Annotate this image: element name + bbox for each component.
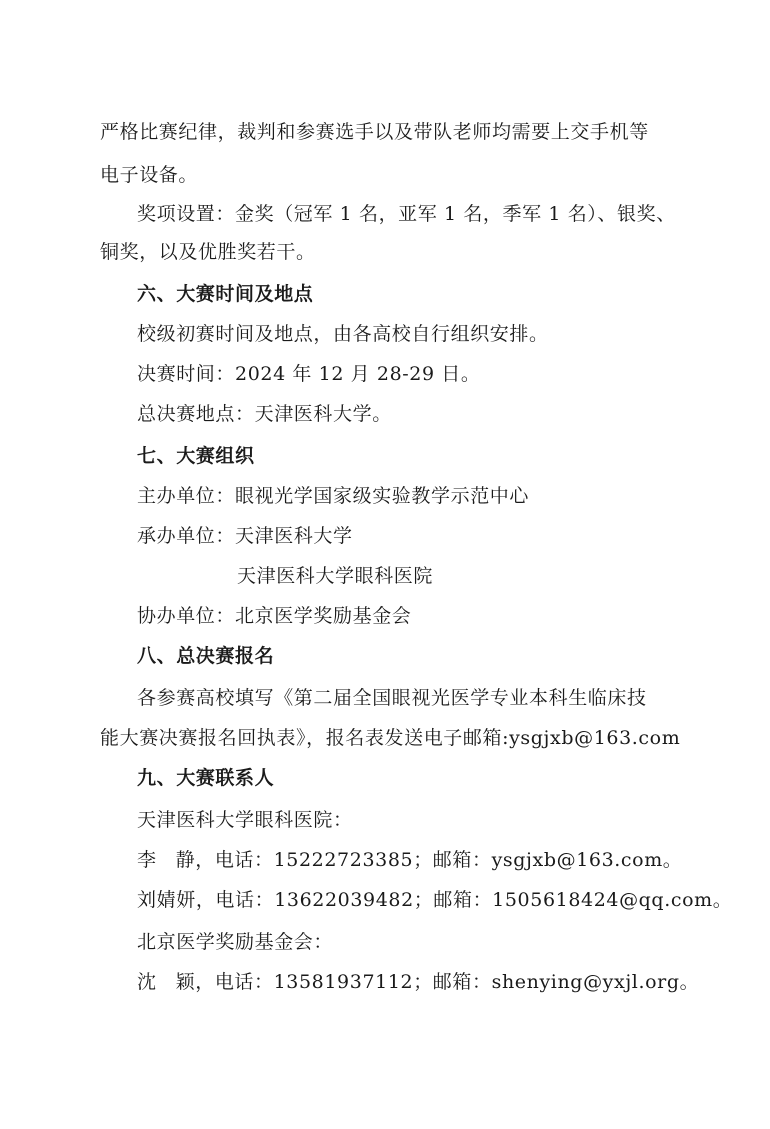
contact-details: ，电话：13581937112；邮箱：shenying@yxjl.org。 xyxy=(195,971,699,993)
organizer-label: 承办单位： xyxy=(137,525,235,547)
contact-name-a: 李 xyxy=(137,849,157,871)
rules-line-2: 电子设备。 xyxy=(100,163,198,187)
contact-details: ，电话：13622039482；邮箱：1505618424@qq.com。 xyxy=(196,889,733,911)
section-8-heading: 八、总决赛报名 xyxy=(137,644,274,668)
contact-name-b: 颖 xyxy=(176,971,196,993)
organizer-1: 天津医科大学 xyxy=(235,525,353,547)
contact-liu-jingyan: 刘婧妍，电话：13622039482；邮箱：1505618424@qq.com。 xyxy=(137,888,732,912)
document-page: 严格比赛纪律，裁判和参赛选手以及带队老师均需要上交手机等 电子设备。 奖项设置：… xyxy=(0,0,770,1129)
final-venue: 总决赛地点：天津医科大学。 xyxy=(137,402,392,426)
contact-li-jing: 李静，电话：15222723385；邮箱：ysgjxb@163.com。 xyxy=(137,848,682,872)
organizer-unit: 承办单位：天津医科大学 xyxy=(137,524,353,548)
host-unit: 主办单位：眼视光学国家级实验教学示范中心 xyxy=(137,484,529,508)
contact-name: 刘婧妍 xyxy=(137,889,196,911)
co-organizer-unit: 协办单位：北京医学奖励基金会 xyxy=(137,604,411,628)
registration-line-1: 各参赛高校填写《第二届全国眼视光医学专业本科生临床技 xyxy=(137,686,647,710)
awards-line-2: 铜奖，以及优胜奖若干。 xyxy=(100,240,316,264)
awards-line-1: 奖项设置：金奖（冠军 1 名，亚军 1 名，季军 1 名）、银奖、 xyxy=(137,202,676,226)
final-date: 决赛时间：2024 年 12 月 28-29 日。 xyxy=(137,362,481,386)
prelim-info: 校级初赛时间及地点，由各高校自行组织安排。 xyxy=(137,322,549,346)
rules-line-1: 严格比赛纪律，裁判和参赛选手以及带队老师均需要上交手机等 xyxy=(100,120,649,144)
contact-org-1: 天津医科大学眼科医院： xyxy=(137,808,353,832)
contact-name-a: 沈 xyxy=(137,971,157,993)
contact-name-b: 静 xyxy=(176,849,196,871)
contact-shen-ying: 沈颖，电话：13581937112；邮箱：shenying@yxjl.org。 xyxy=(137,970,699,994)
registration-line-2: 能大赛决赛报名回执表》，报名表发送电子邮箱:ysgjxb@163.com xyxy=(100,726,680,750)
section-7-heading: 七、大赛组织 xyxy=(137,444,255,468)
section-9-heading: 九、大赛联系人 xyxy=(137,766,274,790)
organizer-2: 天津医科大学眼科医院 xyxy=(237,564,433,588)
section-6-heading: 六、大赛时间及地点 xyxy=(137,282,313,306)
contact-org-2: 北京医学奖励基金会： xyxy=(137,930,333,954)
contact-details: ，电话：15222723385；邮箱：ysgjxb@163.com。 xyxy=(195,849,682,871)
